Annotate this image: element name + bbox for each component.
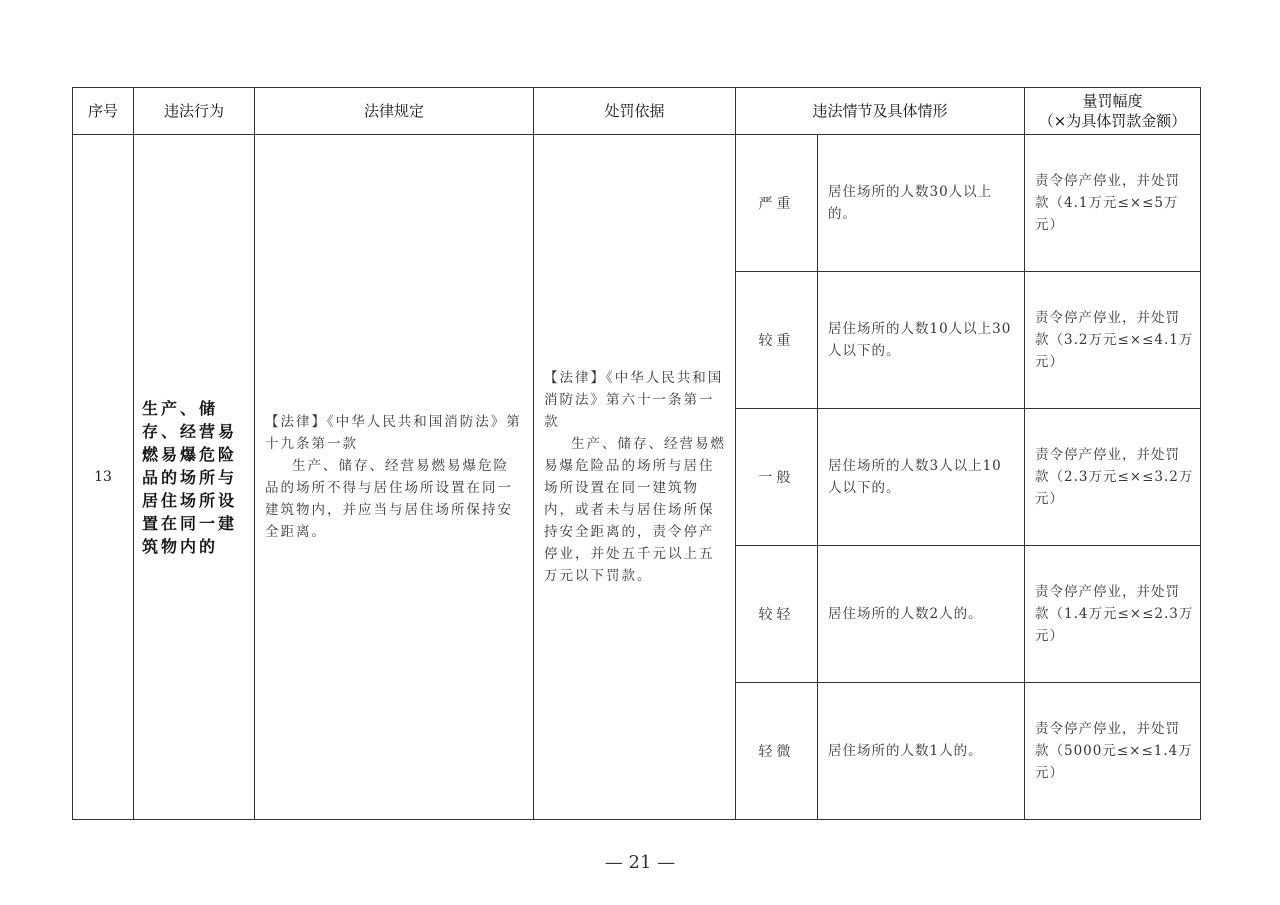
page-number: — 21 — — [0, 852, 1280, 873]
penalty-basis-body: 生产、储存、经营易燃易爆危险品的场所与居住场所设置在同一建筑物内，或者未与居住场… — [544, 433, 727, 587]
range-cell: 责令停产停业，并处罚款（3.2万元≤×≤4.1万元） — [1025, 272, 1201, 409]
header-no: 序号 — [73, 88, 134, 135]
penalty-basis-title: 【法律】《中华人民共和国消防法》第六十一条第一款 — [544, 367, 727, 433]
range-cell: 责令停产停业，并处罚款（5000元≤×≤1.4万元） — [1025, 683, 1201, 820]
header-range: 量罚幅度 （×为具体罚款金额） — [1025, 88, 1201, 135]
table-header-row: 序号 违法行为 法律规定 处罚依据 违法情节及具体情形 量罚幅度 （×为具体罚款… — [73, 88, 1201, 135]
detail-cell: 居住场所的人数10人以上30人以下的。 — [818, 272, 1025, 409]
header-basis: 处罚依据 — [534, 88, 736, 135]
legal-provision-body: 生产、储存、经营易燃易爆危险品的场所不得与居住场所设置在同一建筑物内，并应当与居… — [265, 455, 523, 543]
header-circumstance: 违法情节及具体情形 — [736, 88, 1025, 135]
level-cell: 严重 — [736, 135, 818, 272]
table-row: 13 生产、储存、经营易燃易爆危险品的场所与居住场所设置在同一建筑物内的 【法律… — [73, 135, 1201, 272]
legal-provision-title: 【法律】《中华人民共和国消防法》第十九条第一款 — [265, 411, 523, 455]
detail-cell: 居住场所的人数3人以上10人以下的。 — [818, 409, 1025, 546]
violation-act: 生产、储存、经营易燃易爆危险品的场所与居住场所设置在同一建筑物内的 — [134, 135, 255, 820]
header-range-line2: （×为具体罚款金额） — [1025, 111, 1200, 131]
header-range-line1: 量罚幅度 — [1025, 91, 1200, 111]
level-cell: 一般 — [736, 409, 818, 546]
detail-cell: 居住场所的人数2人的。 — [818, 546, 1025, 683]
legal-provision: 【法律】《中华人民共和国消防法》第十九条第一款 生产、储存、经营易燃易爆危险品的… — [255, 135, 534, 820]
range-cell: 责令停产停业，并处罚款（4.1万元≤×≤5万元） — [1025, 135, 1201, 272]
detail-cell: 居住场所的人数30人以上的。 — [818, 135, 1025, 272]
range-cell: 责令停产停业，并处罚款（2.3万元≤×≤3.2万元） — [1025, 409, 1201, 546]
level-cell: 轻微 — [736, 683, 818, 820]
row-number: 13 — [73, 135, 134, 820]
header-act: 违法行为 — [134, 88, 255, 135]
detail-cell: 居住场所的人数1人的。 — [818, 683, 1025, 820]
range-cell: 责令停产停业，并处罚款（1.4万元≤×≤2.3万元） — [1025, 546, 1201, 683]
penalty-basis: 【法律】《中华人民共和国消防法》第六十一条第一款 生产、储存、经营易燃易爆危险品… — [534, 135, 736, 820]
header-law: 法律规定 — [255, 88, 534, 135]
level-cell: 较轻 — [736, 546, 818, 683]
penalty-table: 序号 违法行为 法律规定 处罚依据 违法情节及具体情形 量罚幅度 （×为具体罚款… — [72, 87, 1201, 820]
level-cell: 较重 — [736, 272, 818, 409]
